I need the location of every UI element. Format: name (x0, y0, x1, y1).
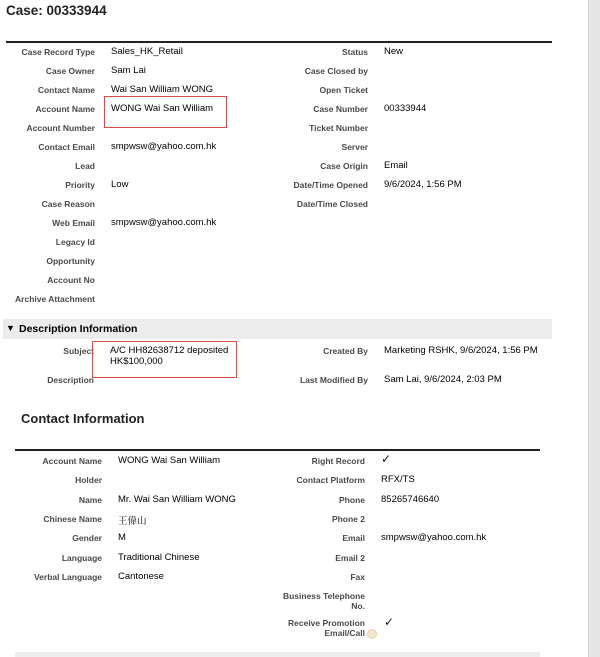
created-by-value[interactable]: Marketing RSHK, 9/6/2024, 1:56 PM (384, 345, 538, 356)
field-label: Status (270, 47, 368, 57)
subject-label: Subject (0, 346, 94, 356)
field-label: Language (0, 553, 102, 563)
field-value: M (118, 532, 126, 543)
description-label: Description (0, 375, 94, 385)
field-value[interactable]: smpwsw@yahoo.com.hk (111, 141, 216, 152)
field-label: Account Number (0, 123, 95, 133)
field-label: Case Record Type (0, 47, 95, 57)
receive-promotion-label-line2: Email/Call (270, 628, 377, 639)
business-telephone-label-line2: No. (270, 601, 365, 611)
help-icon[interactable] (367, 629, 377, 639)
scrollbar[interactable] (588, 0, 600, 657)
field-value: WONG Wai San William (118, 455, 220, 466)
field-label: Email 2 (270, 553, 365, 563)
field-label: Lead (0, 161, 95, 171)
field-label: Date/Time Opened (270, 180, 368, 190)
field-label: Phone (270, 495, 365, 505)
field-value: Mr. Wai San William WONG (118, 494, 236, 505)
field-label: Holder (0, 475, 102, 485)
field-value: 9/6/2024, 1:56 PM (384, 179, 462, 190)
field-label: Email (270, 533, 365, 543)
field-value: Sales_HK_Retail (111, 46, 183, 57)
field-label: Account Name (0, 456, 102, 466)
field-value[interactable]: smpwsw@yahoo.com.hk (381, 532, 486, 543)
field-value: Wai San William WONG (111, 84, 213, 95)
field-label: Right Record (270, 456, 365, 466)
field-value: Email (384, 160, 408, 171)
field-value[interactable]: smpwsw@yahoo.com.hk (111, 217, 216, 228)
field-value: Cantonese (118, 571, 164, 582)
field-label: Case Owner (0, 66, 95, 76)
description-section-header[interactable]: ▼ Description Information (3, 319, 552, 339)
field-label: Account No (0, 275, 95, 285)
field-label: Case Number (270, 104, 368, 114)
field-value: 王偉山 (118, 513, 147, 527)
field-label: Date/Time Closed (270, 199, 368, 209)
checkmark-icon: ✓ (381, 452, 391, 466)
field-label: Phone 2 (270, 514, 365, 524)
field-label: Contact Email (0, 142, 95, 152)
page-title: Case: 00333944 (6, 3, 107, 18)
description-section-title: Description Information (19, 323, 137, 335)
field-label: Fax (270, 572, 365, 582)
case-detail-top-rule (6, 41, 552, 43)
subject-highlight-box (92, 341, 237, 378)
field-label: Contact Name (0, 85, 95, 95)
collapse-triangle-icon[interactable]: ▼ (6, 323, 15, 333)
field-label: Server (270, 142, 368, 152)
last-modified-by-value[interactable]: Sam Lai, 9/6/2024, 2:03 PM (384, 374, 502, 385)
next-section-header (15, 652, 540, 657)
created-by-label: Created By (280, 346, 368, 356)
last-modified-by-label: Last Modified By (280, 375, 368, 385)
field-label: Case Reason (0, 199, 95, 209)
field-value: Traditional Chinese (118, 552, 200, 563)
field-label: Ticket Number (270, 123, 368, 133)
field-label: Gender (0, 533, 102, 543)
field-label: Chinese Name (0, 514, 102, 524)
field-value: Sam Lai (111, 65, 146, 76)
field-label: Legacy Id (0, 237, 95, 247)
field-label: Contact Platform (270, 475, 365, 485)
field-label: Name (0, 495, 102, 505)
field-label: Opportunity (0, 256, 95, 266)
field-label: Case Closed by (270, 66, 368, 76)
field-value: New (384, 46, 403, 57)
contact-section-title: Contact Information (21, 411, 145, 426)
field-value: 00333944 (384, 103, 426, 114)
field-label: Archive Attachment (0, 294, 95, 304)
field-label: Verbal Language (0, 572, 102, 582)
field-label: Web Email (0, 218, 95, 228)
field-label: Open Ticket (270, 85, 368, 95)
field-value: RFX/TS (381, 474, 415, 485)
field-label: Priority (0, 180, 95, 190)
account-name-highlight-box (104, 96, 227, 128)
field-label: Account Name (0, 104, 95, 114)
field-value: 85265746640 (381, 494, 439, 505)
receive-promotion-label-line1: Receive Promotion (270, 618, 365, 628)
receive-promotion-label-text: Email/Call (324, 628, 365, 638)
receive-promotion-checkmark-icon: ✓ (384, 615, 394, 629)
field-label: Case Origin (270, 161, 368, 171)
business-telephone-label-line1: Business Telephone (270, 591, 365, 601)
field-value: Low (111, 179, 128, 190)
contact-top-rule (15, 449, 540, 451)
